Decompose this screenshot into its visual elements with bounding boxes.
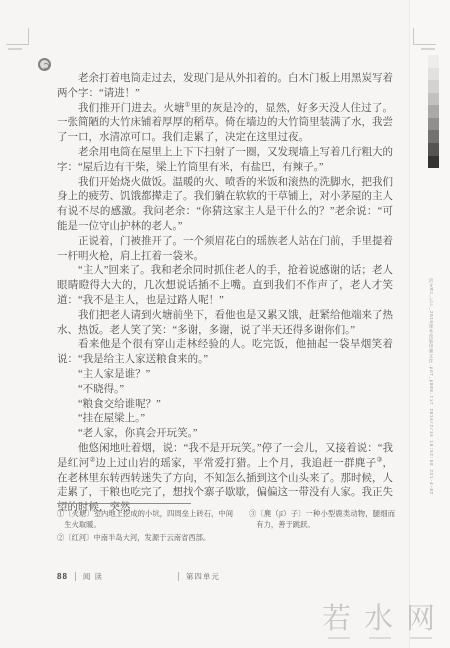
publisher-stamp-icon (38, 58, 51, 71)
paragraph: “粮食交给谁呢？” (57, 398, 393, 413)
watermark-underline (328, 637, 350, 639)
page-footer: 88 阅读 第四单元 (57, 571, 395, 582)
paragraph: 我们推开门进去。火塘①里的灰是冷的，显然，好多天没人住过了。一张简陋的大竹床铺着… (57, 102, 393, 146)
grayscale-step (428, 68, 439, 81)
paragraph: 我们把老人请到火塘前坐下，看他也是又累又饿，赶紧给他端来了热水、热饭。老人笑了笑… (57, 309, 393, 339)
footnote-ref: ③ (377, 456, 383, 463)
footer-divider (178, 572, 179, 581)
page-trim-line (409, 0, 410, 648)
grayscale-strip (428, 55, 439, 168)
footnote: ①〔火塘〕室内地上挖成的小坑，四周垒上砖石，中间生火取暖。 (57, 509, 233, 531)
footnote: ②〔红河〕中南半岛大河，发源于云南省西部。 (57, 533, 233, 544)
footer-section-label: 阅读 (83, 571, 106, 582)
paragraph: “老人家，你真会开玩笑。” (57, 427, 393, 442)
crop-mark-top-left-secondary (8, 48, 22, 50)
footnote-ref: ① (185, 101, 191, 108)
paragraph: “不晓得。” (57, 383, 393, 398)
page-number: 88 (57, 572, 68, 581)
footer-divider (75, 572, 76, 581)
paragraph: 我们开始烧火做饭。温暖的火、喷香的米饭和滚热的洗脚水，把我们身上的疲劳、饥饿都撵… (57, 176, 393, 235)
paragraph: “主人”回来了。我和老余同时抓住老人的手，抢着说感谢的话；老人眼睛瞪得大大的，几… (57, 264, 393, 308)
paragraph: 看来他是个很有穿山走林经验的人。吃完饭，他抽起一袋旱烟笑着说：“我是给主人家送粮… (57, 338, 393, 368)
paragraph: 老余用电筒在屋里上上下下扫射了一圈，又发现墙上写着几行粗大的字：“屋后边有干柴，… (57, 146, 393, 176)
stamp-inner-mark-icon (43, 63, 49, 69)
watermark-underline (410, 637, 432, 639)
grayscale-step (428, 105, 439, 118)
grayscale-step (428, 130, 439, 143)
paragraph: 正说着，门被推开了。一个须眉花白的瑶族老人站在门前，手里提着一杆明火枪，肩上扛着… (57, 235, 393, 265)
paragraph: 他悠闲地吐着烟，说：“我不是开玩笑。”停了一会儿，又接着说：“我是红河②边上过山… (57, 442, 393, 516)
grayscale-step (428, 93, 439, 106)
paragraph: “挂在屋梁上。” (57, 412, 393, 427)
paragraph: “主人家是谁？” (57, 368, 393, 383)
footnotes-right: ③〔麂（jǐ）子〕一种小型鹿类动物，腿细而有力，善于跳跃。 (249, 509, 395, 545)
footnotes: ①〔火塘〕室内地上挖成的小坑，四周垒上砖石，中间生火取暖。②〔红河〕中南半岛大河… (57, 509, 395, 545)
crop-mark-top-left (6, 28, 29, 45)
crop-mark-top-right-secondary (421, 48, 435, 50)
scanned-textbook-page: 语文RJ_七下_2016课本改版印制文件.pdf_p088.tif 2016/2… (0, 0, 450, 648)
paragraph: 老余打着电筒走过去，发现门是从外扣着的。白木门板上用黑炭写着两个字：“请进！” (57, 72, 393, 102)
grayscale-step (428, 55, 439, 68)
footnote-ref: ② (89, 456, 95, 463)
footer-unit-label: 第四单元 (186, 571, 220, 582)
footnote: ③〔麂（jǐ）子〕一种小型鹿类动物，腿细而有力，善于跳跃。 (249, 509, 395, 531)
crop-mark-top-right (413, 28, 436, 45)
grayscale-step (428, 118, 439, 131)
footnotes-left: ①〔火塘〕室内地上挖成的小坑，四周垒上砖石，中间生火取暖。②〔红河〕中南半岛大河… (57, 509, 233, 545)
grayscale-step (428, 80, 439, 93)
watermark-underline-marks (328, 637, 432, 639)
grayscale-step (428, 156, 439, 169)
watermark-underline (369, 637, 391, 639)
print-production-text: 语文RJ_七下_2016课本改版印制文件.pdf_p088.tif 2016/2… (427, 278, 433, 583)
article-body: 老余打着电筒走过去，发现门是从外扣着的。白木门板上用黑炭写着两个字：“请进！”我… (57, 72, 393, 516)
footnote-separator-rule (57, 503, 191, 504)
grayscale-step (428, 143, 439, 156)
watermark: 若水网 (322, 596, 448, 637)
